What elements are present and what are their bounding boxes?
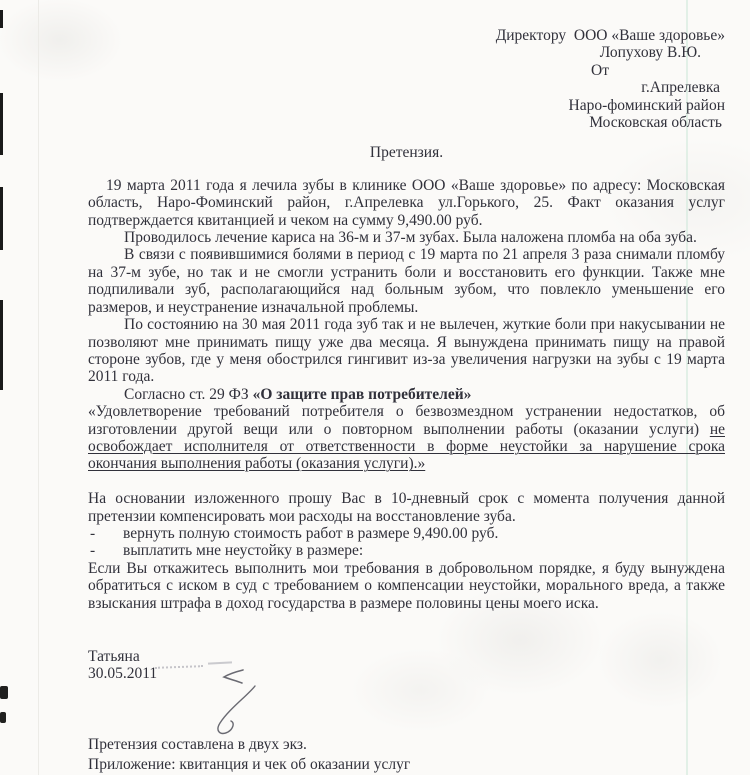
recipient-org-line: Директору ООО «Ваше здоровье» bbox=[88, 27, 725, 44]
letter-content: Директору ООО «Ваше здоровье» Лопухову В… bbox=[88, 0, 725, 612]
law-quote-text: «Удовлетворение требований потребителя о… bbox=[88, 403, 725, 437]
letter-head: Директору ООО «Ваше здоровье» Лопухову В… bbox=[88, 27, 725, 131]
claim-marker: - bbox=[88, 525, 123, 542]
document-title: Претензия. bbox=[88, 144, 725, 161]
handwritten-signature-mark bbox=[205, 660, 275, 738]
scan-edge-mark bbox=[0, 93, 3, 155]
paragraph-law-reference: Согласно ст. 29 ФЗ «О защите прав потреб… bbox=[88, 386, 725, 403]
paper-edge-line bbox=[38, 0, 39, 775]
scan-speck bbox=[0, 686, 8, 699]
scan-edge-mark bbox=[0, 187, 3, 250]
scan-speck bbox=[0, 712, 6, 723]
paragraph-caries-treatment: Проводилось лечение кариса на 36-м и 37-… bbox=[88, 229, 725, 246]
scanned-claim-letter: Директору ООО «Ваше здоровье» Лопухову В… bbox=[0, 0, 750, 775]
paragraph-current-condition: По состоянию на 30 мая 2011 года зуб так… bbox=[88, 316, 725, 386]
signature-block: Татьяна 30.05.2011 bbox=[88, 648, 157, 683]
paragraph-treatment-facts: 19 марта 2011 года я лечила зубы в клини… bbox=[88, 177, 725, 229]
claim-marker: - bbox=[88, 542, 123, 559]
scan-edge-mark bbox=[0, 300, 3, 390]
claim-text: вернуть полную стоимость работ в размере… bbox=[123, 525, 498, 542]
from-label: От bbox=[88, 62, 725, 79]
law-title-bold: «О защите прав потребителей» bbox=[253, 386, 472, 403]
footer-notes: Претензия составлена в двух экз. Приложе… bbox=[88, 736, 410, 774]
paragraph-demand: На основании изложенного прошу Вас в 10-… bbox=[88, 490, 725, 525]
signatory-name: Татьяна bbox=[88, 648, 157, 665]
claim-text: выплатить мне неустойку в размере: bbox=[123, 542, 363, 559]
sender-district-line: Наро-фоминский район bbox=[88, 97, 725, 114]
attachment-note: Приложение: квитанция и чек об оказании … bbox=[88, 756, 410, 773]
copies-note: Претензия составлена в двух экз. bbox=[88, 736, 410, 753]
sender-region-line: Московская область bbox=[88, 114, 725, 131]
paragraph-court-warning: Если Вы откажитесь выполнить мои требова… bbox=[88, 560, 725, 612]
scan-edge-mark bbox=[0, 10, 3, 28]
recipient-name-line: Лопухову В.Ю. bbox=[88, 44, 725, 61]
paragraph-law-quote: «Удовлетворение требований потребителя о… bbox=[88, 403, 725, 473]
signature-date: 30.05.2011 bbox=[88, 665, 157, 682]
redacted-surname-smudge bbox=[155, 665, 203, 669]
claim-item-refund: - вернуть полную стоимость работ в разме… bbox=[88, 525, 725, 542]
claim-item-penalty: - выплатить мне неустойку в размере: bbox=[88, 542, 725, 559]
law-reference-prefix: Согласно ст. 29 ФЗ bbox=[124, 386, 253, 403]
sender-city-line: г.Апрелевка bbox=[88, 79, 725, 96]
letter-body: 19 марта 2011 года я лечила зубы в клини… bbox=[88, 177, 725, 612]
blank-line bbox=[88, 473, 725, 490]
paragraph-complications: В связи с появившимися болями в период с… bbox=[88, 246, 725, 316]
